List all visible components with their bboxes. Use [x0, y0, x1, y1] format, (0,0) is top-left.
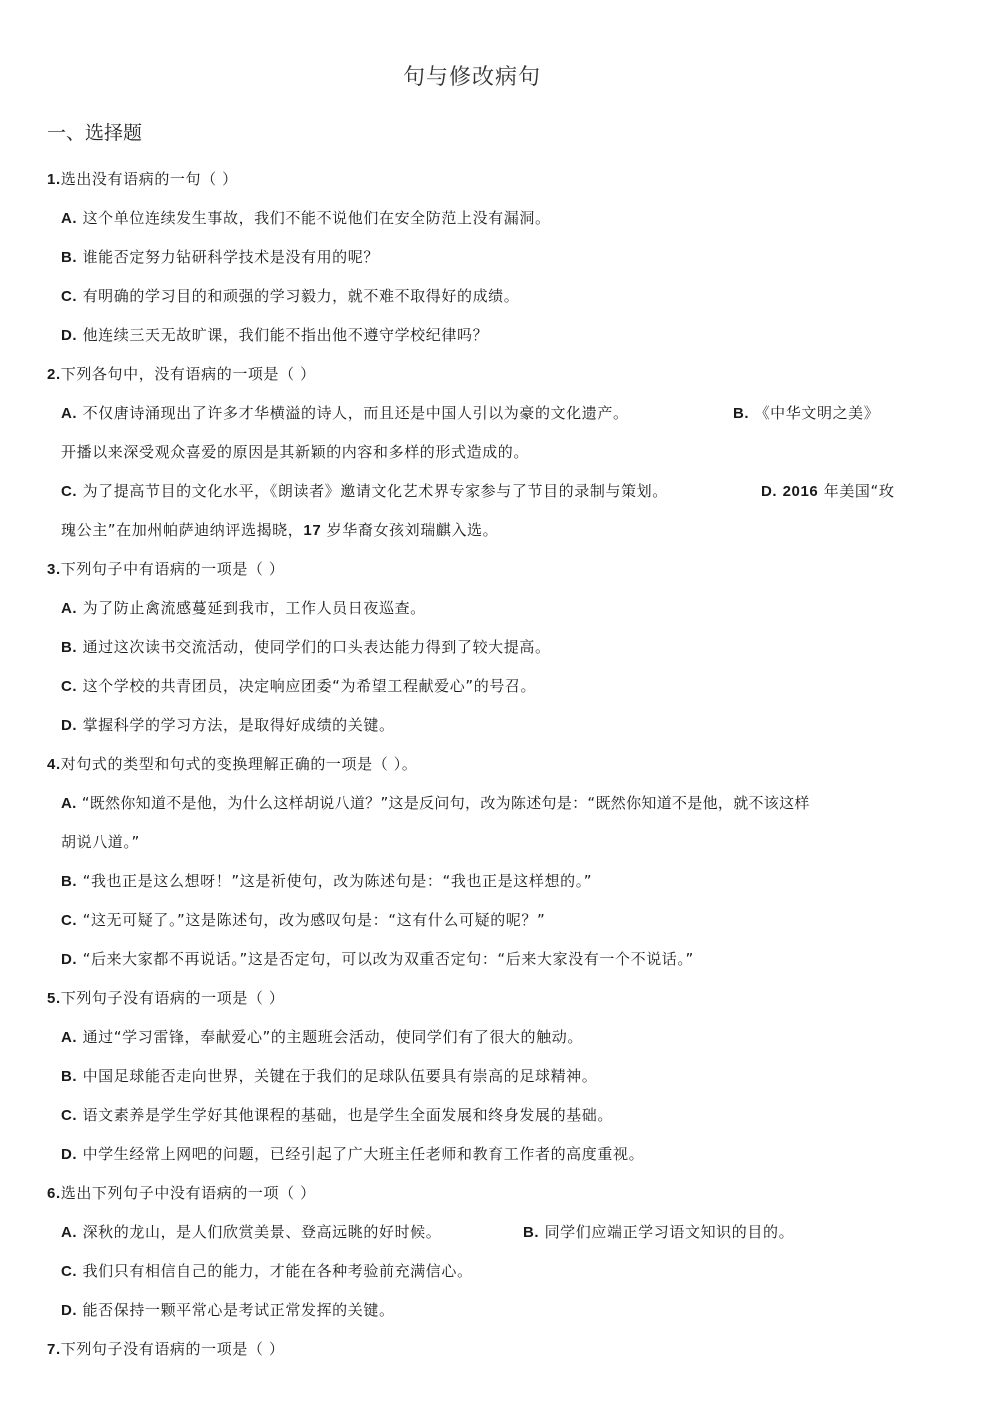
question-2-option-b: B. 《中华文明之美》 — [733, 403, 879, 424]
option-label: D. — [61, 951, 77, 968]
question-number: 2. — [47, 366, 61, 383]
question-number: 1. — [47, 171, 61, 188]
option-text: 他连续三天无故旷课，我们能不指出他不遵守学校纪律吗？ — [83, 326, 489, 344]
option-label: D. — [61, 1302, 77, 1319]
question-3-option-c: C. 这个学校的共青团员，决定响应团委“为希望工程献爱心”的号召。 — [61, 676, 536, 697]
option-text: “既然你知道不是他，为什么这样胡说八道？”这是反问句，改为陈述句是：“既然你知道… — [82, 794, 810, 812]
question-3-option-a: A. 为了防止禽流感蔓延到我市，工作人员日夜巡查。 — [61, 598, 426, 619]
option-label: A. — [61, 795, 77, 812]
question-number: 3. — [47, 561, 61, 578]
option-label: A. — [61, 210, 77, 227]
option-label: B. — [61, 1068, 77, 1085]
question-5-option-c: C. 语文素养是学生学好其他课程的基础，也是学生全面发展和终身发展的基础。 — [61, 1105, 613, 1126]
option-label: D. — [761, 483, 777, 500]
option-text: “后来大家都不再说话。”这是否定句，可以改为双重否定句：“后来大家没有一个不说话… — [83, 950, 694, 968]
question-3-stem: 3.下列句子中有语病的一项是（ ） — [47, 559, 285, 580]
question-1-stem: 1.选出没有语病的一句（ ） — [47, 169, 238, 190]
option-label: B. — [523, 1224, 539, 1241]
option-text: 深秋的龙山，是人们欣赏美景、登高远眺的好时候。 — [83, 1223, 442, 1241]
option-text: 《中华文明之美》 — [755, 404, 880, 422]
option-label: B. — [61, 873, 77, 890]
option-text: 这个学校的共青团员，决定响应团委“为希望工程献爱心”的号召。 — [83, 677, 537, 695]
question-2-option-d: D. 2016 年美国“玫 — [761, 481, 895, 502]
option-label: D. — [61, 717, 77, 734]
option-label: D. — [61, 327, 77, 344]
option-text: “我也正是这么想呀！”这是祈使句，改为陈述句是：“我也正是这样想的。” — [83, 872, 593, 890]
question-6-option-d: D. 能否保持一颗平常心是考试正常发挥的关键。 — [61, 1300, 395, 1321]
question-4-option-c: C. “这无可疑了。”这是陈述句，改为感叹句是：“这有什么可疑的呢？” — [61, 910, 545, 931]
question-text: 下列句子没有语病的一项是（ ） — [61, 989, 285, 1007]
question-1-option-d: D. 他连续三天无故旷课，我们能不指出他不遵守学校纪律吗？ — [61, 325, 488, 346]
option-text: 能否保持一颗平常心是考试正常发挥的关键。 — [83, 1301, 395, 1319]
option-label: A. — [61, 600, 77, 617]
option-text: 掌握科学的学习方法，是取得好成绩的关键。 — [83, 716, 395, 734]
question-5-option-d: D. 中学生经常上网吧的问题，已经引起了广大班主任老师和教育工作者的高度重视。 — [61, 1144, 644, 1165]
option-text: 瑰公主”在加州帕萨迪纳评选揭晓， — [61, 521, 303, 539]
option-label: C. — [61, 678, 77, 695]
option-label: B. — [61, 249, 77, 266]
option-text: 不仅唐诗涌现出了许多才华横溢的诗人，而且还是中国人引以为豪的文化遗产。 — [83, 404, 629, 422]
question-text: 下列句子中有语病的一项是（ ） — [61, 560, 285, 578]
question-1-option-a: A. 这个单位连续发生事故，我们不能不说他们在安全防范上没有漏洞。 — [61, 208, 551, 229]
question-text: 对句式的类型和句式的变换理解正确的一项是（ ）。 — [61, 755, 418, 773]
option-label: D. — [61, 1146, 77, 1163]
question-1-option-c: C. 有明确的学习目的和顽强的学习毅力，就不难不取得好的成绩。 — [61, 286, 519, 307]
question-7-stem: 7.下列句子没有语病的一项是（ ） — [47, 1339, 285, 1360]
section-heading: 一、选择题 — [47, 118, 142, 145]
question-2-stem: 2.下列各句中，没有语病的一项是（ ） — [47, 364, 316, 385]
question-number: 4. — [47, 756, 61, 773]
option-number: 17 — [303, 522, 321, 539]
option-text: 我们只有相信自己的能力，才能在各种考验前充满信心。 — [83, 1262, 473, 1280]
question-text: 下列句子没有语病的一项是（ ） — [61, 1340, 285, 1358]
question-6-option-b: B. 同学们应端正学习语文知识的目的。 — [523, 1222, 794, 1243]
question-number: 5. — [47, 990, 61, 1007]
option-text: 通过“学习雷锋，奉献爱心”的主题班会活动，使同学们有了很大的触动。 — [83, 1028, 583, 1046]
question-4-option-d: D. “后来大家都不再说话。”这是否定句，可以改为双重否定句：“后来大家没有一个… — [61, 949, 694, 970]
option-text: 为了防止禽流感蔓延到我市，工作人员日夜巡查。 — [83, 599, 426, 617]
option-label: C. — [61, 483, 77, 500]
option-text: 为了提高节目的文化水平，《朗读者》邀请文化艺术界专家参与了节目的录制与策划。 — [83, 482, 668, 500]
question-2-option-a: A. 不仅唐诗涌现出了许多才华横溢的诗人，而且还是中国人引以为豪的文化遗产。 — [61, 403, 629, 424]
question-6-stem: 6.选出下列句子中没有语病的一项（ ） — [47, 1183, 316, 1204]
option-label: B. — [61, 639, 77, 656]
question-2-option-c: C. 为了提高节目的文化水平，《朗读者》邀请文化艺术界专家参与了节目的录制与策划… — [61, 481, 668, 502]
question-3-option-d: D. 掌握科学的学习方法，是取得好成绩的关键。 — [61, 715, 395, 736]
question-text: 选出下列句子中没有语病的一项（ ） — [61, 1184, 316, 1202]
option-label: A. — [61, 1224, 77, 1241]
option-text: 同学们应端正学习语文知识的目的。 — [545, 1223, 795, 1241]
question-number: 6. — [47, 1185, 61, 1202]
page-title: 句与修改病句 — [0, 60, 944, 91]
option-text: 中国足球能否走向世界，关键在于我们的足球队伍要具有崇高的足球精神。 — [83, 1067, 598, 1085]
question-5-option-a: A. 通过“学习雷锋，奉献爱心”的主题班会活动，使同学们有了很大的触动。 — [61, 1027, 583, 1048]
option-text: 谁能否定努力钻研科学技术是没有用的呢？ — [83, 248, 379, 266]
option-text: 通过这次读书交流活动，使同学们的口头表达能力得到了较大提高。 — [83, 638, 551, 656]
question-4-option-a: A. “既然你知道不是他，为什么这样胡说八道？”这是反问句，改为陈述句是：“既然… — [61, 793, 810, 814]
option-text: 有明确的学习目的和顽强的学习毅力，就不难不取得好的成绩。 — [83, 287, 520, 305]
question-1-option-b: B. 谁能否定努力钻研科学技术是没有用的呢？ — [61, 247, 379, 268]
question-4-stem: 4.对句式的类型和句式的变换理解正确的一项是（ ）。 — [47, 754, 417, 775]
question-2-option-b-continuation: 开播以来深受观众喜爱的原因是其新颖的内容和多样的形式造成的。 — [61, 442, 529, 462]
option-text: 中学生经常上网吧的问题，已经引起了广大班主任老师和教育工作者的高度重视。 — [83, 1145, 645, 1163]
option-text: “这无可疑了。”这是陈述句，改为感叹句是：“这有什么可疑的呢？” — [83, 911, 546, 929]
option-label: C. — [61, 1263, 77, 1280]
question-3-option-b: B. 通过这次读书交流活动，使同学们的口头表达能力得到了较大提高。 — [61, 637, 551, 658]
option-label: A. — [61, 1029, 77, 1046]
option-label: A. — [61, 405, 77, 422]
option-label: C. — [61, 912, 77, 929]
question-6-option-a: A. 深秋的龙山，是人们欣赏美景、登高远眺的好时候。 — [61, 1222, 441, 1243]
question-text: 下列各句中，没有语病的一项是（ ） — [61, 365, 316, 383]
question-4-option-a-continuation: 胡说八道。” — [61, 832, 140, 852]
option-label: B. — [733, 405, 749, 422]
question-5-option-b: B. 中国足球能否走向世界，关键在于我们的足球队伍要具有崇高的足球精神。 — [61, 1066, 597, 1087]
question-2-option-d-continuation: 瑰公主”在加州帕萨迪纳评选揭晓，17 岁华裔女孩刘瑞麒入选。 — [61, 520, 498, 541]
question-5-stem: 5.下列句子没有语病的一项是（ ） — [47, 988, 285, 1009]
question-6-option-c: C. 我们只有相信自己的能力，才能在各种考验前充满信心。 — [61, 1261, 473, 1282]
option-text: 岁华裔女孩刘瑞麒入选。 — [327, 521, 499, 539]
option-text: 这个单位连续发生事故，我们不能不说他们在安全防范上没有漏洞。 — [83, 209, 551, 227]
option-text: 年美国“玫 — [824, 482, 895, 500]
question-text: 选出没有语病的一句（ ） — [61, 170, 238, 188]
option-label: C. — [61, 288, 77, 305]
question-number: 7. — [47, 1341, 61, 1358]
option-number: 2016 — [783, 483, 819, 500]
option-label: C. — [61, 1107, 77, 1124]
option-text: 语文素养是学生学好其他课程的基础，也是学生全面发展和终身发展的基础。 — [83, 1106, 613, 1124]
question-4-option-b: B. “我也正是这么想呀！”这是祈使句，改为陈述句是：“我也正是这样想的。” — [61, 871, 592, 892]
